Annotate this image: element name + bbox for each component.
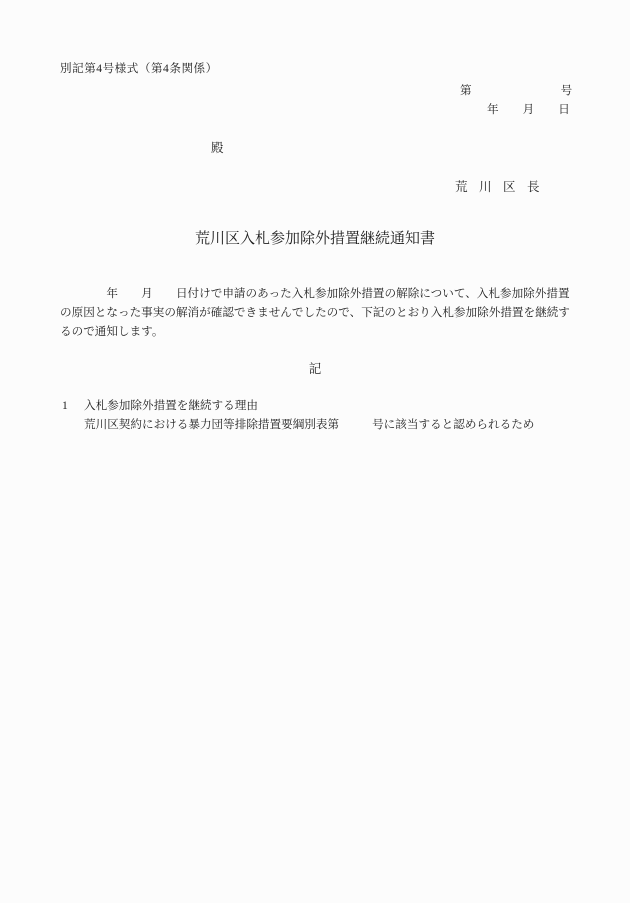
document-number-suffix: 号 <box>561 84 573 97</box>
year-label: 年 <box>487 103 499 116</box>
record-marker: 記 <box>0 359 630 377</box>
addressee-honorific: 殿 <box>211 138 224 156</box>
item-1-detail: 荒川区契約における暴力団等排除措置要綱別表第号に該当すると認められるため <box>84 416 534 432</box>
form-reference: 別記第4号様式（第4条関係） <box>60 60 218 76</box>
document-number-line: 第号 <box>460 82 572 98</box>
date-line: 年月日 <box>487 101 570 117</box>
notice-document-page: 別記第4号様式（第4条関係） 第号 年月日 殿 荒川区長 荒川区入札参加除外措置… <box>0 0 630 903</box>
month-label: 月 <box>523 103 535 116</box>
item-1-title: 入札参加除外措置を継続する理由 <box>84 399 258 412</box>
body-paragraph: 年 月 日付けで申請のあった入札参加除外措置の解除について、入札参加除外措置 の… <box>60 284 570 341</box>
item-1-detail-prefix: 荒川区契約における暴力団等排除措置要綱別表第 <box>84 418 339 431</box>
sender-name: 荒川区長 <box>455 177 551 195</box>
document-title: 荒川区入札参加除外措置継続通知書 <box>0 227 630 248</box>
body-line-1: 年 月 日付けで申請のあった入札参加除外措置の解除について、入札参加除外措置 <box>60 284 570 303</box>
body-line-2: の原因となった事実の解消が確認できませんでしたので、下記のとおり入札参加除外措置… <box>60 303 570 322</box>
day-label: 日 <box>558 103 570 116</box>
item-1-number: 1 <box>62 399 84 412</box>
document-number-prefix: 第 <box>460 84 472 97</box>
body-line-3: るので通知します。 <box>60 322 570 341</box>
item-1-detail-suffix: 号に該当すると認められるため <box>372 418 534 431</box>
item-1-row: 1入札参加除外措置を継続する理由 <box>62 397 258 413</box>
